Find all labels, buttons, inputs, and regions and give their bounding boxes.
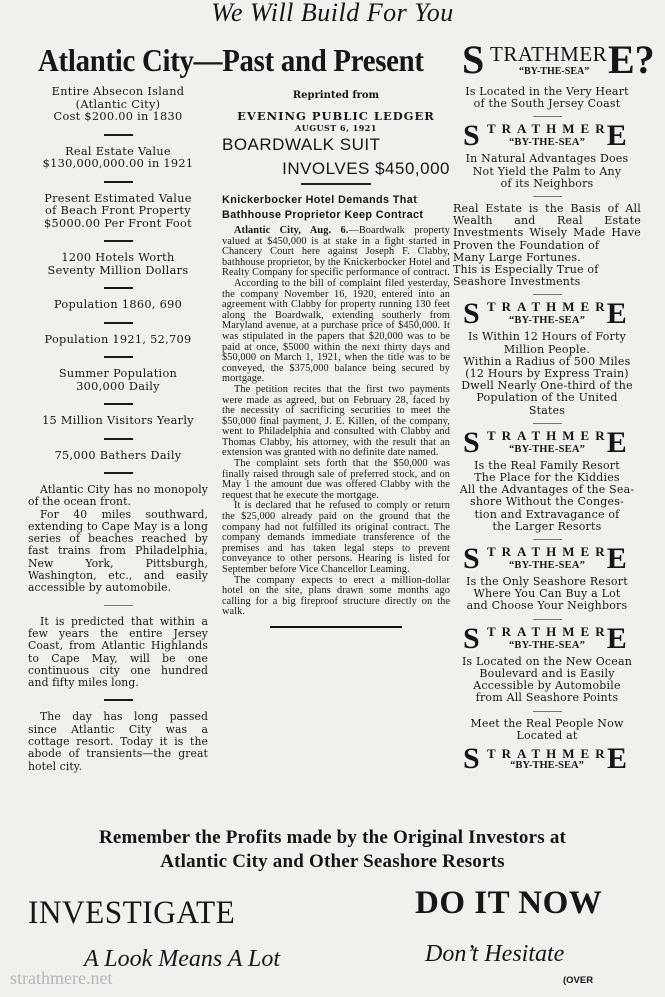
fact-item: Population 1860, 690 [28,299,208,312]
dont-hesitate-tagline: Don’t Hesitate [425,940,564,968]
fact-item: 75,000 Bathers Daily [28,450,208,463]
fact-line: Seventy Million Dollars [28,265,208,278]
logo-letters: TRATHMER [487,430,611,442]
logo-letters: TRATHMER [487,546,611,558]
fact-line: Population 1860, 690 [28,299,208,312]
article-paragraph: According to the bill of complaint filed… [222,279,450,385]
fact-line: of Beach Front Property [28,205,208,218]
fact-line: 15 Million Visitors Yearly [28,415,208,428]
headline-line-2: INVOLVES $450,000 [222,159,450,179]
logo-e: E [607,428,627,458]
strathmere-block: STRATHMER“BY-THE-SEA”EIs Within 12 Hours… [453,301,641,416]
remember-line-2: Atlantic City and Other Seashore Resorts [0,850,665,874]
block-line: and Choose Your Neighbors [453,600,641,612]
fact-item: Summer Population300,000 Daily [28,368,208,393]
divider [104,322,133,324]
strathmere-intro: Is Located in the Very Heartof the South… [453,86,641,110]
article-date: AUGUST 6, 1921 [222,123,450,133]
strathmere-logo: STRATHMER“BY-THE-SEA”E [453,546,641,576]
right-column: Is Located in the Very Heartof the South… [453,86,641,776]
main-title: Atlantic City—Past and Present [38,42,407,78]
block-line: Population of the United [453,392,641,404]
divider [104,438,133,440]
block-line: Not Yield the Palm to Any [453,166,641,178]
paragraph: Atlantic City has no monopoly of the oce… [28,484,208,509]
strathmere-block: STRATHMER“BY-THE-SEA”EIn Natural Advanta… [453,123,641,190]
divider [533,196,562,197]
fact-item: Entire Absecon Island(Atlantic City)Cost… [28,86,208,124]
strathmere-header: S TRATHMER “BY-THE-SEA” E? [462,36,662,84]
divider [104,605,133,606]
divider [104,134,133,136]
divider [533,619,562,620]
divider [104,472,133,474]
newspaper-name: EVENING PUBLIC LEDGER [222,109,450,123]
fact-line: Summer Population [28,368,208,381]
logo-e: E [607,121,627,151]
strathmere-logo: STRATHMER“BY-THE-SEA”E [453,626,641,656]
divider [104,403,133,405]
strathmere-header-s: S [462,40,484,80]
intro-line: of the South Jersey Coast [453,98,641,110]
closing-line: Meet the Real People Now [453,718,641,730]
paragraph: It is predicted that within a few years … [28,616,208,690]
fact-line: Cost $200.00 in 1830 [28,111,208,124]
strathmere-logo: STRATHMER“BY-THE-SEA”E [453,430,641,460]
closing-logo: STRATHMER“BY-THE-SEA”E [453,746,641,776]
reprinted-from: Reprinted from [222,90,450,101]
article-paragraph: The petition recites that the first two … [222,385,450,459]
strathmere-block: STRATHMER“BY-THE-SEA”EIs Located on the … [453,626,641,705]
strathmere-header-e: E? [608,40,655,80]
news-article: Reprinted from EVENING PUBLIC LEDGER AUG… [222,86,450,628]
strathmere-logo: STRATHMER“BY-THE-SEA”E [453,746,641,776]
headline-line-1: BOARDWALK SUIT [222,135,450,155]
remember-headline: Remember the Profits made by the Origina… [0,826,665,874]
logo-letters: TRATHMER [487,626,611,638]
logo-letters: TRATHMER [487,301,611,313]
do-it-now-heading: DO IT NOW [415,885,602,921]
closing-text: Meet the Real People NowLocated at [453,718,641,742]
headline-rule [301,183,371,185]
article-paragraph: The complaint sets forth that the $50,00… [222,459,450,501]
logo-e: E [607,744,627,774]
fact-item: 1200 Hotels WorthSeventy Million Dollars [28,252,208,277]
divider [533,539,562,540]
fact-item: Present Estimated Valueof Beach Front Pr… [28,193,208,231]
logo-e: E [607,299,627,329]
over-note: (OVER [563,975,593,986]
divider [533,116,562,117]
block-line: Is Within 12 Hours of Forty [453,331,641,343]
strathmere-logo: STRATHMER“BY-THE-SEA”E [453,123,641,153]
block-line: of its Neighbors [453,178,641,190]
banner-title: We Will Build For You [0,0,665,26]
article-paragraph: Atlantic City, Aug. 6.—Boardwalk propert… [222,226,450,279]
block-line: States [453,405,641,417]
article-end-rule [270,626,402,628]
facts-list: Entire Absecon Island(Atlantic City)Cost… [28,86,208,474]
block-line: shore Without the Conges- [453,496,641,508]
subhead-line-2: Bathhouse Proprietor Keep Contract [222,208,450,223]
closing-line: Located at [453,730,641,742]
subhead-line-1: Knickerbocker Hotel Demands That [222,193,450,208]
strathmere-logo: STRATHMER“BY-THE-SEA”E [453,301,641,331]
paragraph: The day has long passed since Atlantic C… [28,711,208,772]
strathmere-block: STRATHMER“BY-THE-SEA”EIs the Only Seasho… [453,546,641,613]
divider [104,240,133,242]
strathmere-block: Real Estate is the Basis of All Wealth a… [453,203,641,288]
logo-letters: TRATHMER [487,123,611,135]
divider [104,181,133,183]
paragraph: For 40 miles southward, extending to Cap… [28,509,208,595]
look-means-tagline: A Look Means A Lot [84,945,280,973]
block-line: from All Seashore Points [453,692,641,704]
strathmere-header-by-the-sea: “BY-THE-SEA” [519,66,589,77]
block-line: the Larger Resorts [453,521,641,533]
block-line: Million People. [453,344,641,356]
article-paragraph: The company expects to erect a million-d… [222,576,450,618]
logo-e: E [607,624,627,654]
divider [104,699,133,701]
divider [533,423,562,424]
fact-line: $5000.00 Per Front Foot [28,218,208,231]
fact-item: 15 Million Visitors Yearly [28,415,208,428]
fact-line: 1200 Hotels Worth [28,252,208,265]
article-body: Atlantic City, Aug. 6.—Boardwalk propert… [222,226,450,618]
divider [533,294,562,295]
fact-item: Population 1921, 52,709 [28,334,208,347]
remember-line-1: Remember the Profits made by the Origina… [0,826,665,850]
fact-line: 75,000 Bathers Daily [28,450,208,463]
fact-line: Population 1921, 52,709 [28,334,208,347]
block-line: Real Estate is the Basis of All Wealth a… [453,203,641,252]
strathmere-block: STRATHMER“BY-THE-SEA”EIs the Real Family… [453,430,641,533]
divider [533,711,562,712]
fact-line: $130,000,000.00 in 1921 [28,158,208,171]
strathmere-header-letters: TRATHMER [490,42,607,67]
fact-line: 300,000 Daily [28,381,208,394]
block-line: Seashore Investments [453,276,641,288]
advertisement-page: We Will Build For You Atlantic City—Past… [0,0,665,997]
fact-item: Real Estate Value$130,000,000.00 in 1921 [28,146,208,171]
strathmere-blocks: STRATHMER“BY-THE-SEA”EIn Natural Advanta… [453,116,641,704]
logo-e: E [607,544,627,574]
fact-line: Entire Absecon Island [28,86,208,99]
watermark: strathmere.net [10,968,112,989]
divider [104,356,133,358]
divider [104,287,133,289]
article-paragraph: It is declared that he refused to comply… [222,501,450,575]
investigate-heading: INVESTIGATE [28,895,235,931]
left-paragraphs: Atlantic City has no monopoly of the oce… [28,484,208,773]
dateline: Atlantic City, Aug. 6. [234,225,348,236]
left-column: Entire Absecon Island(Atlantic City)Cost… [28,86,208,773]
block-line: In Natural Advantages Does [453,153,641,165]
